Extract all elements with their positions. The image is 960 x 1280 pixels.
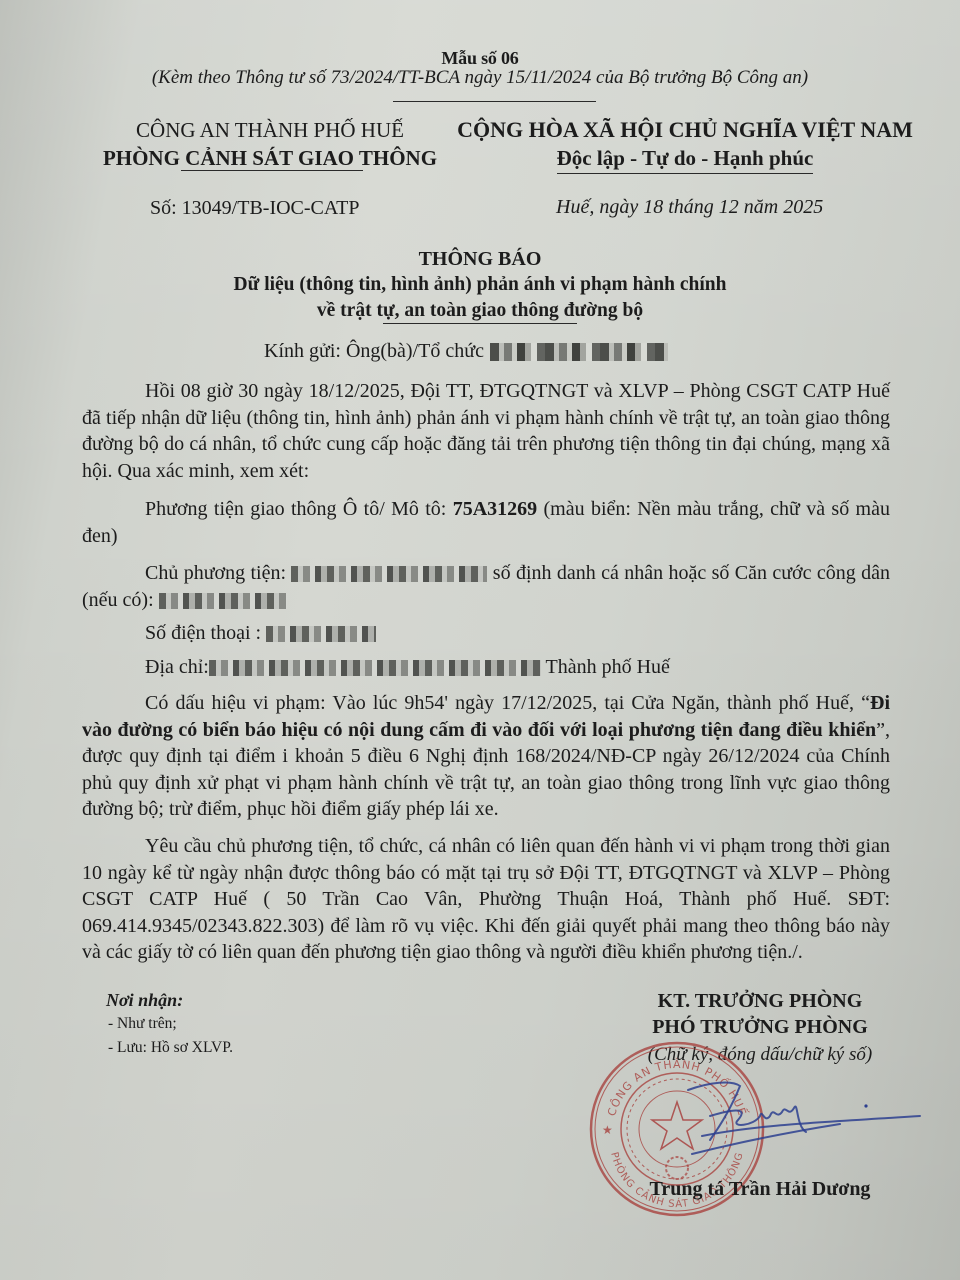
signature-title: KT. TRƯỞNG PHÒNG PHÓ TRƯỞNG PHÒNG [600,988,920,1040]
recipient-item: - Như trên; [108,1012,233,1036]
document-date: Huế, ngày 18 tháng 12 năm 2025 [556,196,823,219]
intro-paragraph: Hồi 08 giờ 30 ngày 18/12/2025, Đội TT, Đ… [82,378,890,484]
redacted-address [209,660,541,676]
salutation: Kính gửi: Ông(bà)/Tổ chức [264,340,668,363]
document-number: Số: 13049/TB-IOC-CATP [150,197,359,220]
vehicle-paragraph: Phương tiện giao thông Ô tô/ Mô tô: 75A3… [82,496,890,549]
owner-label: Chủ phương tiện: [145,562,291,584]
phone-label: Số điện thoại : [145,622,266,644]
license-plate: 75A31269 [453,498,537,520]
redacted-id-number [159,593,287,609]
violation-intro: Có dấu hiệu vi phạm: Vào lúc 9h54' ngày … [145,692,870,714]
national-header: CỘNG HÒA XÃ HỘI CHỦ NGHĨA VIỆT NAM Độc l… [450,116,920,174]
address-paragraph: Địa chỉ: Thành phố Huế [82,654,890,681]
nation-name: CỘNG HÒA XÃ HỘI CHỦ NGHĨA VIỆT NAM [450,116,920,144]
agency-parent: CÔNG AN THÀNH PHỐ HUẾ [80,116,460,144]
divider [181,170,363,171]
document-title: THÔNG BÁO [0,248,960,271]
signer-name: Trung tá Trần Hải Dương [580,1178,940,1201]
redacted-phone [266,626,376,642]
owner-paragraph: Chủ phương tiện: số định danh cá nhân ho… [82,560,890,613]
phone-paragraph: Số điện thoại : [82,620,890,647]
form-reference: (Kèm theo Thông tư số 73/2024/TT-BCA ngà… [0,67,960,89]
svg-text:★: ★ [602,1123,613,1137]
salutation-text: Kính gửi: Ông(bà)/Tổ chức [264,340,484,363]
request-paragraph: Yêu cầu chủ phương tiện, tổ chức, cá nhâ… [82,833,890,966]
address-city: Thành phố Huế [541,656,670,678]
recipients-block: Nơi nhận: - Như trên; - Lưu: Hồ sơ XLVP. [108,989,233,1060]
nation-motto: Độc lập - Tự do - Hạnh phúc [557,144,814,174]
redacted-recipient-name [490,343,668,361]
violation-paragraph: Có dấu hiệu vi phạm: Vào lúc 9h54' ngày … [82,690,890,823]
recipient-item: - Lưu: Hồ sơ XLVP. [108,1036,233,1060]
subtitle-line-2: về trật tự, an toàn giao thông đường bộ [0,298,960,324]
divider [383,323,577,324]
redacted-owner-name [291,566,487,582]
subtitle-line-1: Dữ liệu (thông tin, hình ảnh) phản ánh v… [0,272,960,298]
document-subtitle: Dữ liệu (thông tin, hình ảnh) phản ánh v… [0,272,960,324]
divider [393,101,596,102]
handwritten-signature-icon [680,1076,940,1156]
address-label: Địa chỉ: [145,656,209,678]
form-number: Mẫu số 06 [0,48,960,69]
recipients-heading: Nơi nhận: [106,989,233,1012]
agency-department: PHÒNG CẢNH SÁT GIAO THÔNG [80,144,460,172]
signer-authority: KT. TRƯỞNG PHÒNG [600,988,920,1014]
issuing-agency: CÔNG AN THÀNH PHỐ HUẾ PHÒNG CẢNH SÁT GIA… [80,116,460,172]
vehicle-label: Phương tiện giao thông Ô tô/ Mô tô: [145,498,453,520]
signer-position: PHÓ TRƯỞNG PHÒNG [600,1014,920,1040]
